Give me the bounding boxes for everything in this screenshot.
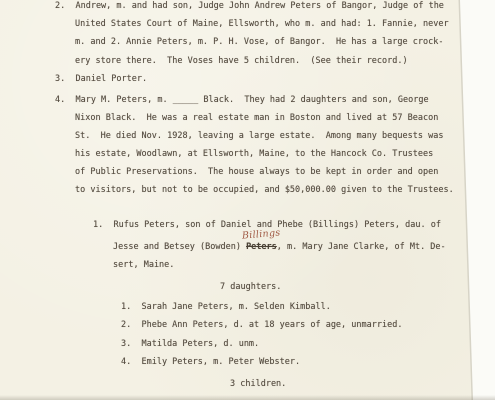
typewritten-line: United States Court of Maine, Ellsworth,…	[75, 19, 449, 30]
typewritten-line: 7 daughters.	[220, 282, 281, 293]
typewritten-line: 1. Sarah Jane Peters, m. Selden Kimball.	[121, 302, 331, 313]
typewritten-line: 4. Emily Peters, m. Peter Webster.	[121, 357, 300, 368]
typewritten-line: his estate, Woodlawn, at Ellsworth, Main…	[75, 149, 433, 160]
line-segment: Jesse and Betsey (Bowden)	[113, 242, 246, 252]
typewritten-line: to visitors, but not to be occupied, and…	[75, 185, 454, 196]
typewritten-line: 4. Mary M. Peters, m. _____ Black. They …	[55, 95, 429, 106]
typewritten-line: m. and 2. Annie Peters, m. P. H. Vose, o…	[75, 37, 443, 48]
scan-bottom-shadow	[0, 395, 495, 400]
typewritten-line: sert, Maine.	[113, 260, 174, 271]
typewritten-line: St. He died Nov. 1928, leaving a large e…	[75, 131, 443, 142]
typewritten-line: 3 children.	[230, 379, 286, 390]
typewritten-line: of Public Preservations. The house alway…	[75, 167, 438, 178]
typewritten-line: Jesse and Betsey (Bowden) Peters, m. Mar…	[113, 242, 446, 253]
typewritten-line: ery store there. The Voses have 5 childr…	[75, 56, 408, 67]
document-page: 2. Andrew, m. and had son, Judge John An…	[0, 0, 495, 400]
typewritten-line: 2. Phebe Ann Peters, d. at 18 years of a…	[121, 320, 402, 331]
scanned-document: 2. Andrew, m. and had son, Judge John An…	[0, 0, 495, 400]
typewritten-line: 3. Daniel Porter.	[55, 74, 147, 85]
typewritten-line: Nixon Black. He was a real estate man in…	[75, 113, 438, 124]
handwritten-correction: Billings	[242, 227, 282, 242]
typewritten-line: 3. Matilda Peters, d. unm.	[121, 339, 259, 350]
typewritten-line: 2. Andrew, m. and had son, Judge John An…	[55, 1, 444, 12]
line-segment: , m. Mary Jane Clarke, of Mt. De-	[277, 242, 446, 252]
struck-word: Peters	[246, 242, 277, 252]
